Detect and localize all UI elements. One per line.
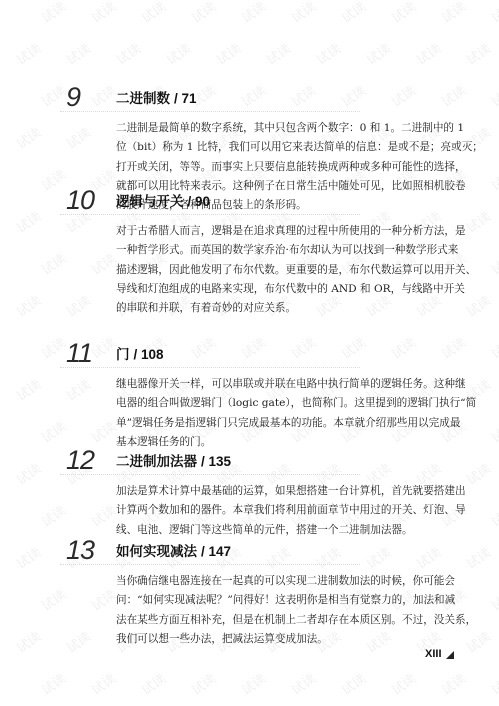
summary-line: 线、电池、逻辑门等这些简单的元件，搭建一个二进制加法器。 — [116, 521, 450, 540]
watermark-text: 试读 — [387, 0, 419, 27]
watermark-text: 试读 — [487, 248, 499, 278]
watermark-text: 试读 — [12, 458, 44, 488]
summary-line: 基本逻辑任务的门。 — [116, 433, 450, 452]
watermark-text: 试读 — [462, 206, 494, 236]
summary-line: 描述逻辑，因此他发明了布尔代数。更重要的是，布尔代数运算可以用开关、 — [116, 261, 450, 280]
watermark-text: 试读 — [262, 542, 294, 572]
watermark-text: 试读 — [462, 626, 494, 656]
summary-line: 单”逻辑任务是指逻辑门只完成最基本的功能。本章就介绍那些用以完成最 — [116, 414, 450, 433]
watermark-text: 试读 — [387, 668, 419, 698]
watermark-text: 试读 — [112, 38, 144, 68]
title-divider — [60, 474, 360, 475]
watermark-text: 试读 — [237, 0, 269, 27]
chapter-number: 9 — [66, 83, 80, 111]
watermark-text: 试读 — [487, 164, 499, 194]
summary-line: 问：“如何实现减法呢？”问得好！这表明你是相当有觉察力的，加法和减 — [116, 591, 450, 610]
summary-line: 导线和灯泡组成的电路来实现，布尔代数中的 AND 和 OR，与线路中开关 — [116, 280, 450, 299]
watermark-text: 试读 — [37, 0, 69, 27]
corner-triangle-icon — [446, 651, 454, 659]
chapter-number: 12 — [66, 446, 94, 474]
page-footer: XIII — [425, 648, 454, 660]
watermark-text: 试读 — [187, 0, 219, 27]
watermark-text: 试读 — [212, 38, 244, 68]
chapter-number: 11 — [66, 339, 92, 367]
watermark-text: 试读 — [487, 416, 499, 446]
watermark-text: 试读 — [37, 164, 69, 194]
chapter-page-ref: / 135 — [201, 454, 231, 469]
watermark-text: 试读 — [37, 332, 69, 362]
watermark-text: 试读 — [337, 332, 369, 362]
watermark-text: 试读 — [262, 38, 294, 68]
chapter-title-text: 如何实现减法 — [116, 544, 197, 559]
chapter-summary: 继电器像开关一样，可以串联或并联在电路中执行简单的逻辑任务。这种继 电器的组合叫… — [116, 375, 450, 452]
watermark-text: 试读 — [12, 374, 44, 404]
watermark-text: 试读 — [187, 332, 219, 362]
watermark-text: 试读 — [62, 122, 94, 152]
watermark-text: 试读 — [287, 0, 319, 27]
watermark-text: 试读 — [237, 332, 269, 362]
watermark-text: 试读 — [437, 80, 469, 110]
watermark-text: 试读 — [412, 38, 444, 68]
watermark-text: 试读 — [12, 542, 44, 572]
chapter-page-ref: / 147 — [201, 544, 231, 559]
watermark-text: 试读 — [12, 206, 44, 236]
watermark-text: 试读 — [87, 668, 119, 698]
chapter-page-ref: / 71 — [174, 91, 197, 106]
watermark-text: 试读 — [237, 80, 269, 110]
chapter-title[interactable]: 二进制加法器/ 135 — [116, 453, 231, 471]
watermark-text: 试读 — [337, 668, 369, 698]
watermark-text: 试读 — [487, 584, 499, 614]
watermark-text: 试读 — [12, 290, 44, 320]
watermark-text: 试读 — [462, 542, 494, 572]
chapter-title[interactable]: 逻辑与开关/ 90 — [116, 193, 210, 211]
watermark-text: 试读 — [487, 80, 499, 110]
watermark-text: 试读 — [62, 626, 94, 656]
watermark-text: 试读 — [337, 0, 369, 27]
watermark-text: 试读 — [137, 668, 169, 698]
watermark-text: 试读 — [37, 80, 69, 110]
watermark-text: 试读 — [87, 0, 119, 27]
watermark-text: 试读 — [287, 332, 319, 362]
watermark-text: 试读 — [287, 80, 319, 110]
watermark-text: 试读 — [412, 542, 444, 572]
watermark-text: 试读 — [437, 332, 469, 362]
watermark-text: 试读 — [87, 80, 119, 110]
watermark-text: 试读 — [37, 668, 69, 698]
summary-line: 的串联和并联，有着奇妙的对应关系。 — [116, 299, 450, 318]
watermark-text: 试读 — [87, 584, 119, 614]
summary-line: 计算两个数加和的器件。本章我们将利用前面章节中用过的开关、灯泡、导 — [116, 501, 450, 520]
chapter-title-text: 二进制加法器 — [116, 454, 197, 469]
summary-line: 当你确信继电器连接在一起真的可以实现二进制数加法的时候，你可能会 — [116, 572, 450, 591]
chapter-title-text: 二进制数 — [116, 91, 170, 106]
summary-line: 二进制是最简单的数字系统，其中只包含两个数字：0 和 1。二进制中的 1 — [116, 119, 450, 138]
summary-line: 法在某些方面互相补充，但是在机制上二者却存在本质区别。不过，没关系， — [116, 611, 450, 630]
watermark-text: 试读 — [337, 80, 369, 110]
watermark-text: 试读 — [37, 416, 69, 446]
chapter-title[interactable]: 门/ 108 — [116, 346, 164, 364]
chapter-summary: 对于古希腊人而言，逻辑是在追求真理的过程中所使用的一种分析方法，是 一种哲学形式… — [116, 222, 450, 318]
watermark-text: 试读 — [462, 290, 494, 320]
watermark-text: 试读 — [487, 500, 499, 530]
watermark-text: 试读 — [487, 668, 499, 698]
watermark-text: 试读 — [12, 626, 44, 656]
chapter-page-ref: / 90 — [188, 194, 211, 209]
watermark-text: 试读 — [462, 458, 494, 488]
chapter-title[interactable]: 二进制数/ 71 — [116, 90, 197, 108]
watermark-text: 试读 — [62, 290, 94, 320]
watermark-text: 试读 — [37, 500, 69, 530]
watermark-text: 试读 — [162, 38, 194, 68]
summary-line: 继电器像开关一样，可以串联或并联在电路中执行简单的逻辑任务。这种继 — [116, 375, 450, 394]
summary-line: 打开或关闭，等等。而事实上只要信息能转换成两种或多种可能性的选择， — [116, 158, 450, 177]
watermark-text: 试读 — [362, 542, 394, 572]
summary-line: 一种哲学形式。而英国的数学家乔治·布尔却认为可以找到一种数学形式来 — [116, 241, 450, 260]
chapter-number: 13 — [66, 536, 94, 564]
watermark-text: 试读 — [387, 80, 419, 110]
summary-line: 位（bit）称为 1 比特，我们可以用它来表达简单的信息：是或不是；亮或灭； — [116, 138, 450, 157]
page-number: XIII — [425, 648, 442, 660]
watermark-text: 试读 — [137, 0, 169, 27]
watermark-text: 试读 — [312, 38, 344, 68]
chapter-summary: 当你确信继电器连接在一起真的可以实现二进制数加法的时候，你可能会 问：“如何实现… — [116, 572, 450, 649]
watermark-text: 试读 — [312, 542, 344, 572]
watermark-text: 试读 — [87, 248, 119, 278]
summary-line: 我们可以想一些办法，把减法运算变成加法。 — [116, 630, 450, 649]
watermark-text: 试读 — [287, 668, 319, 698]
title-divider — [60, 214, 360, 215]
watermark-text: 试读 — [12, 38, 44, 68]
chapter-title-text: 门 — [116, 347, 130, 362]
chapter-page-ref: / 108 — [134, 347, 164, 362]
watermark-text: 试读 — [37, 584, 69, 614]
watermark-text: 试读 — [487, 332, 499, 362]
watermark-text: 试读 — [437, 0, 469, 27]
title-divider — [60, 111, 360, 112]
title-divider — [60, 564, 360, 565]
summary-line: 电器的组合叫做逻辑门（logic gate），也简称门。这里提到的逻辑门执行“简 — [116, 394, 450, 413]
watermark-text: 试读 — [387, 332, 419, 362]
watermark-text: 试读 — [62, 374, 94, 404]
watermark-text: 试读 — [487, 0, 499, 27]
watermark-text: 试读 — [37, 248, 69, 278]
summary-line: 加法是算术计算中最基础的运算，如果想搭建一台计算机，首先就要搭建出 — [116, 482, 450, 501]
chapter-number: 10 — [66, 186, 94, 214]
watermark-text: 试读 — [437, 668, 469, 698]
watermark-text: 试读 — [87, 500, 119, 530]
chapter-title[interactable]: 如何实现减法/ 147 — [116, 543, 231, 561]
chapter-title-text: 逻辑与开关 — [116, 194, 184, 209]
watermark-text: 试读 — [12, 122, 44, 152]
watermark-text: 试读 — [237, 668, 269, 698]
summary-line: 对于古希腊人而言，逻辑是在追求真理的过程中所使用的一种分析方法，是 — [116, 222, 450, 241]
watermark-text: 试读 — [187, 668, 219, 698]
watermark-text: 试读 — [62, 38, 94, 68]
watermark-text: 试读 — [87, 416, 119, 446]
chapter-summary: 加法是算术计算中最基础的运算，如果想搭建一台计算机，首先就要搭建出 计算两个数加… — [116, 482, 450, 540]
watermark-text: 试读 — [362, 38, 394, 68]
watermark-text: 试读 — [462, 38, 494, 68]
title-divider — [60, 367, 360, 368]
